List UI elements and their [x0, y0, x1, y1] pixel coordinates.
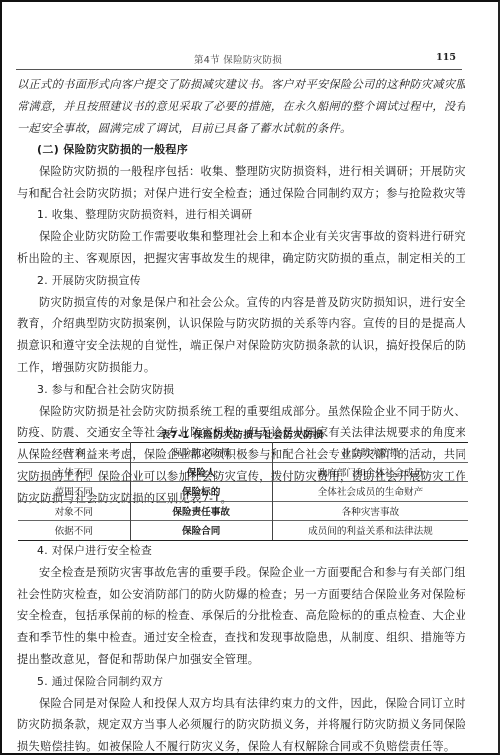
- table-cell: 保险责任事故: [130, 501, 272, 521]
- text-line: 以正式的书面形式向客户提交了防损减灾建议书。客户对平安保险公司的这种防灾减灾服务…: [17, 74, 465, 96]
- table-header-row: 内 容 保险防灾防损 社会防灾防损: [18, 443, 468, 463]
- lower-content: 4. 对保户进行安全检查 安全检查是预防灾害事故危害的重要手段。保险企业一方面要…: [17, 540, 465, 755]
- page-number: 115: [436, 52, 456, 63]
- text-line: 教育，介绍典型防灾防损案例，认识保险与防灾防损的关系等内容。宣传的目的是提高人们…: [17, 313, 465, 335]
- subsection-heading-2: 2. 开展防灾防损宣传: [17, 270, 465, 292]
- text-line: 查和季节性的集中检查。通过安全检查，查找和发现事故隐患，从制度、组织、措施等方面…: [17, 627, 465, 649]
- text-line: 保险防灾防损是社会防灾防损系统工程的重要组成部分。虽然保险企业不同于防火、防汛、: [17, 401, 465, 423]
- table-cell: 保险人: [130, 462, 272, 482]
- subsection-heading-1: 1. 收集、整理防灾防损资料，进行相关调研: [17, 204, 465, 226]
- table-caption: 表7-1 保险防灾防损与社会防灾防损: [17, 427, 467, 441]
- text-line: 防灾防损宣传的对象是保户和社会公众。宣传的内容是普及防灾防损知识，进行安全法规: [17, 292, 465, 314]
- table-cell: 保险标的: [130, 482, 272, 502]
- text-line: 与和配合社会防灾防损；对保户进行安全检查；通过保险合同制约双方；参与抢险救灾等环…: [17, 183, 465, 205]
- subsection-heading-3: 3. 参与和配合社会防灾防损: [17, 379, 465, 401]
- table-row: 对象不同 保险责任事故 各种灾害事故: [18, 501, 468, 521]
- table-cell: 各种灾害事故: [272, 501, 468, 521]
- book-page: 第4节 保险防灾防损 115 以正式的书面形式向客户提交了防损减灾建议书。客户对…: [0, 0, 500, 755]
- section-heading: (二) 保险防灾防损的一般程序: [17, 139, 465, 161]
- text-line: 一起安全事故，圆满完成了调试，目前已具备了蓄水试航的条件。: [17, 118, 465, 140]
- table-row: 依据不同 保险合同 成员间的利益关系和法律法规: [18, 521, 468, 541]
- text-line: 防灾防损条款，规定双方当事人必须履行的防灾防损义务，并将履行防灾防损义务同保险费…: [17, 714, 465, 736]
- table-cell: 对象不同: [18, 501, 130, 521]
- text-line: 常满意，并且按照建议书的意见采取了必要的措施，在永久船闸的整个调试过程中，没有发…: [17, 96, 465, 118]
- subsection-heading-4: 4. 对保户进行安全检查: [17, 540, 465, 562]
- text-line: 保险防灾防损的一般程序包括：收集、整理防灾防损资料，进行相关调研；开展防灾防损宣…: [17, 161, 465, 183]
- table-header-cell: 社会防灾防损: [272, 443, 468, 463]
- table-cell: 依据不同: [18, 521, 130, 541]
- table-header-cell: 保险防灾防损: [130, 443, 272, 463]
- text-line: 保险企业防灾防险工作需要收集和整理社会上和本企业有关灾害事故的资料进行研究，分: [17, 226, 465, 248]
- text-line: 损意识和遵守安全法规的自觉性，端正保户对保险防灾防损条款的认识，搞好投保后的防灾…: [17, 335, 465, 357]
- table-cell: 主体不同: [18, 462, 130, 482]
- text-line: 工作，增强防灾防损能力。: [17, 357, 465, 379]
- text-line: 损失赔偿挂钩。如被保险人不履行防灾义务，保险人有权解除合同或不负赔偿责任等。: [17, 736, 465, 755]
- continuation-paragraph: 以正式的书面形式向客户提交了防损减灾建议书。客户对平安保险公司的这种防灾减灾服务…: [17, 74, 465, 139]
- table-cell: 成员间的利益关系和法律法规: [272, 521, 468, 541]
- table-cell: 保险合同: [130, 521, 272, 541]
- running-head-title: 第4节 保险防灾防损: [194, 52, 282, 66]
- table-row: 范围不同 保险标的 全体社会成员的生命财产: [18, 482, 468, 502]
- table-cell: 政府部门和全体社会成员: [272, 462, 468, 482]
- comparison-table: 内 容 保险防灾防损 社会防灾防损 主体不同 保险人 政府部门和全体社会成员 范…: [18, 442, 468, 541]
- text-line: 提出整改意见，督促和帮助保户加强安全管理。: [17, 649, 465, 671]
- table-header-cell: 内 容: [18, 443, 130, 463]
- table-row: 主体不同 保险人 政府部门和全体社会成员: [18, 462, 468, 482]
- text-line: 安全检查是预防灾害事故危害的重要手段。保险企业一方面要配合和参与有关部门组织的: [17, 562, 465, 584]
- subsection-heading-5: 5. 通过保险合同制约双方: [17, 671, 465, 693]
- text-line: 社会性防灾检查，如公安消防部门的防火防爆的检查；另一方面要结合保险业务对保险标的…: [17, 584, 465, 606]
- text-line: 保险合同是对保险人和投保人双方均具有法律约束力的文件，因此，保险合同订立时要明确: [17, 693, 465, 715]
- text-line: 安全检查，包括承保前的标的检查、承保后的分批检查、高危险标的的重点检查、大企业的…: [17, 605, 465, 627]
- running-head: 第4节 保险防灾防损 115: [16, 52, 462, 68]
- table-cell: 全体社会成员的生命财产: [272, 482, 468, 502]
- text-line: 析出险的主、客观原因，把握灾害事故发生的规律，确定防灾防损的重点，制定相关的工作…: [17, 248, 465, 270]
- table-cell: 范围不同: [18, 482, 130, 502]
- header-rule: [16, 69, 462, 70]
